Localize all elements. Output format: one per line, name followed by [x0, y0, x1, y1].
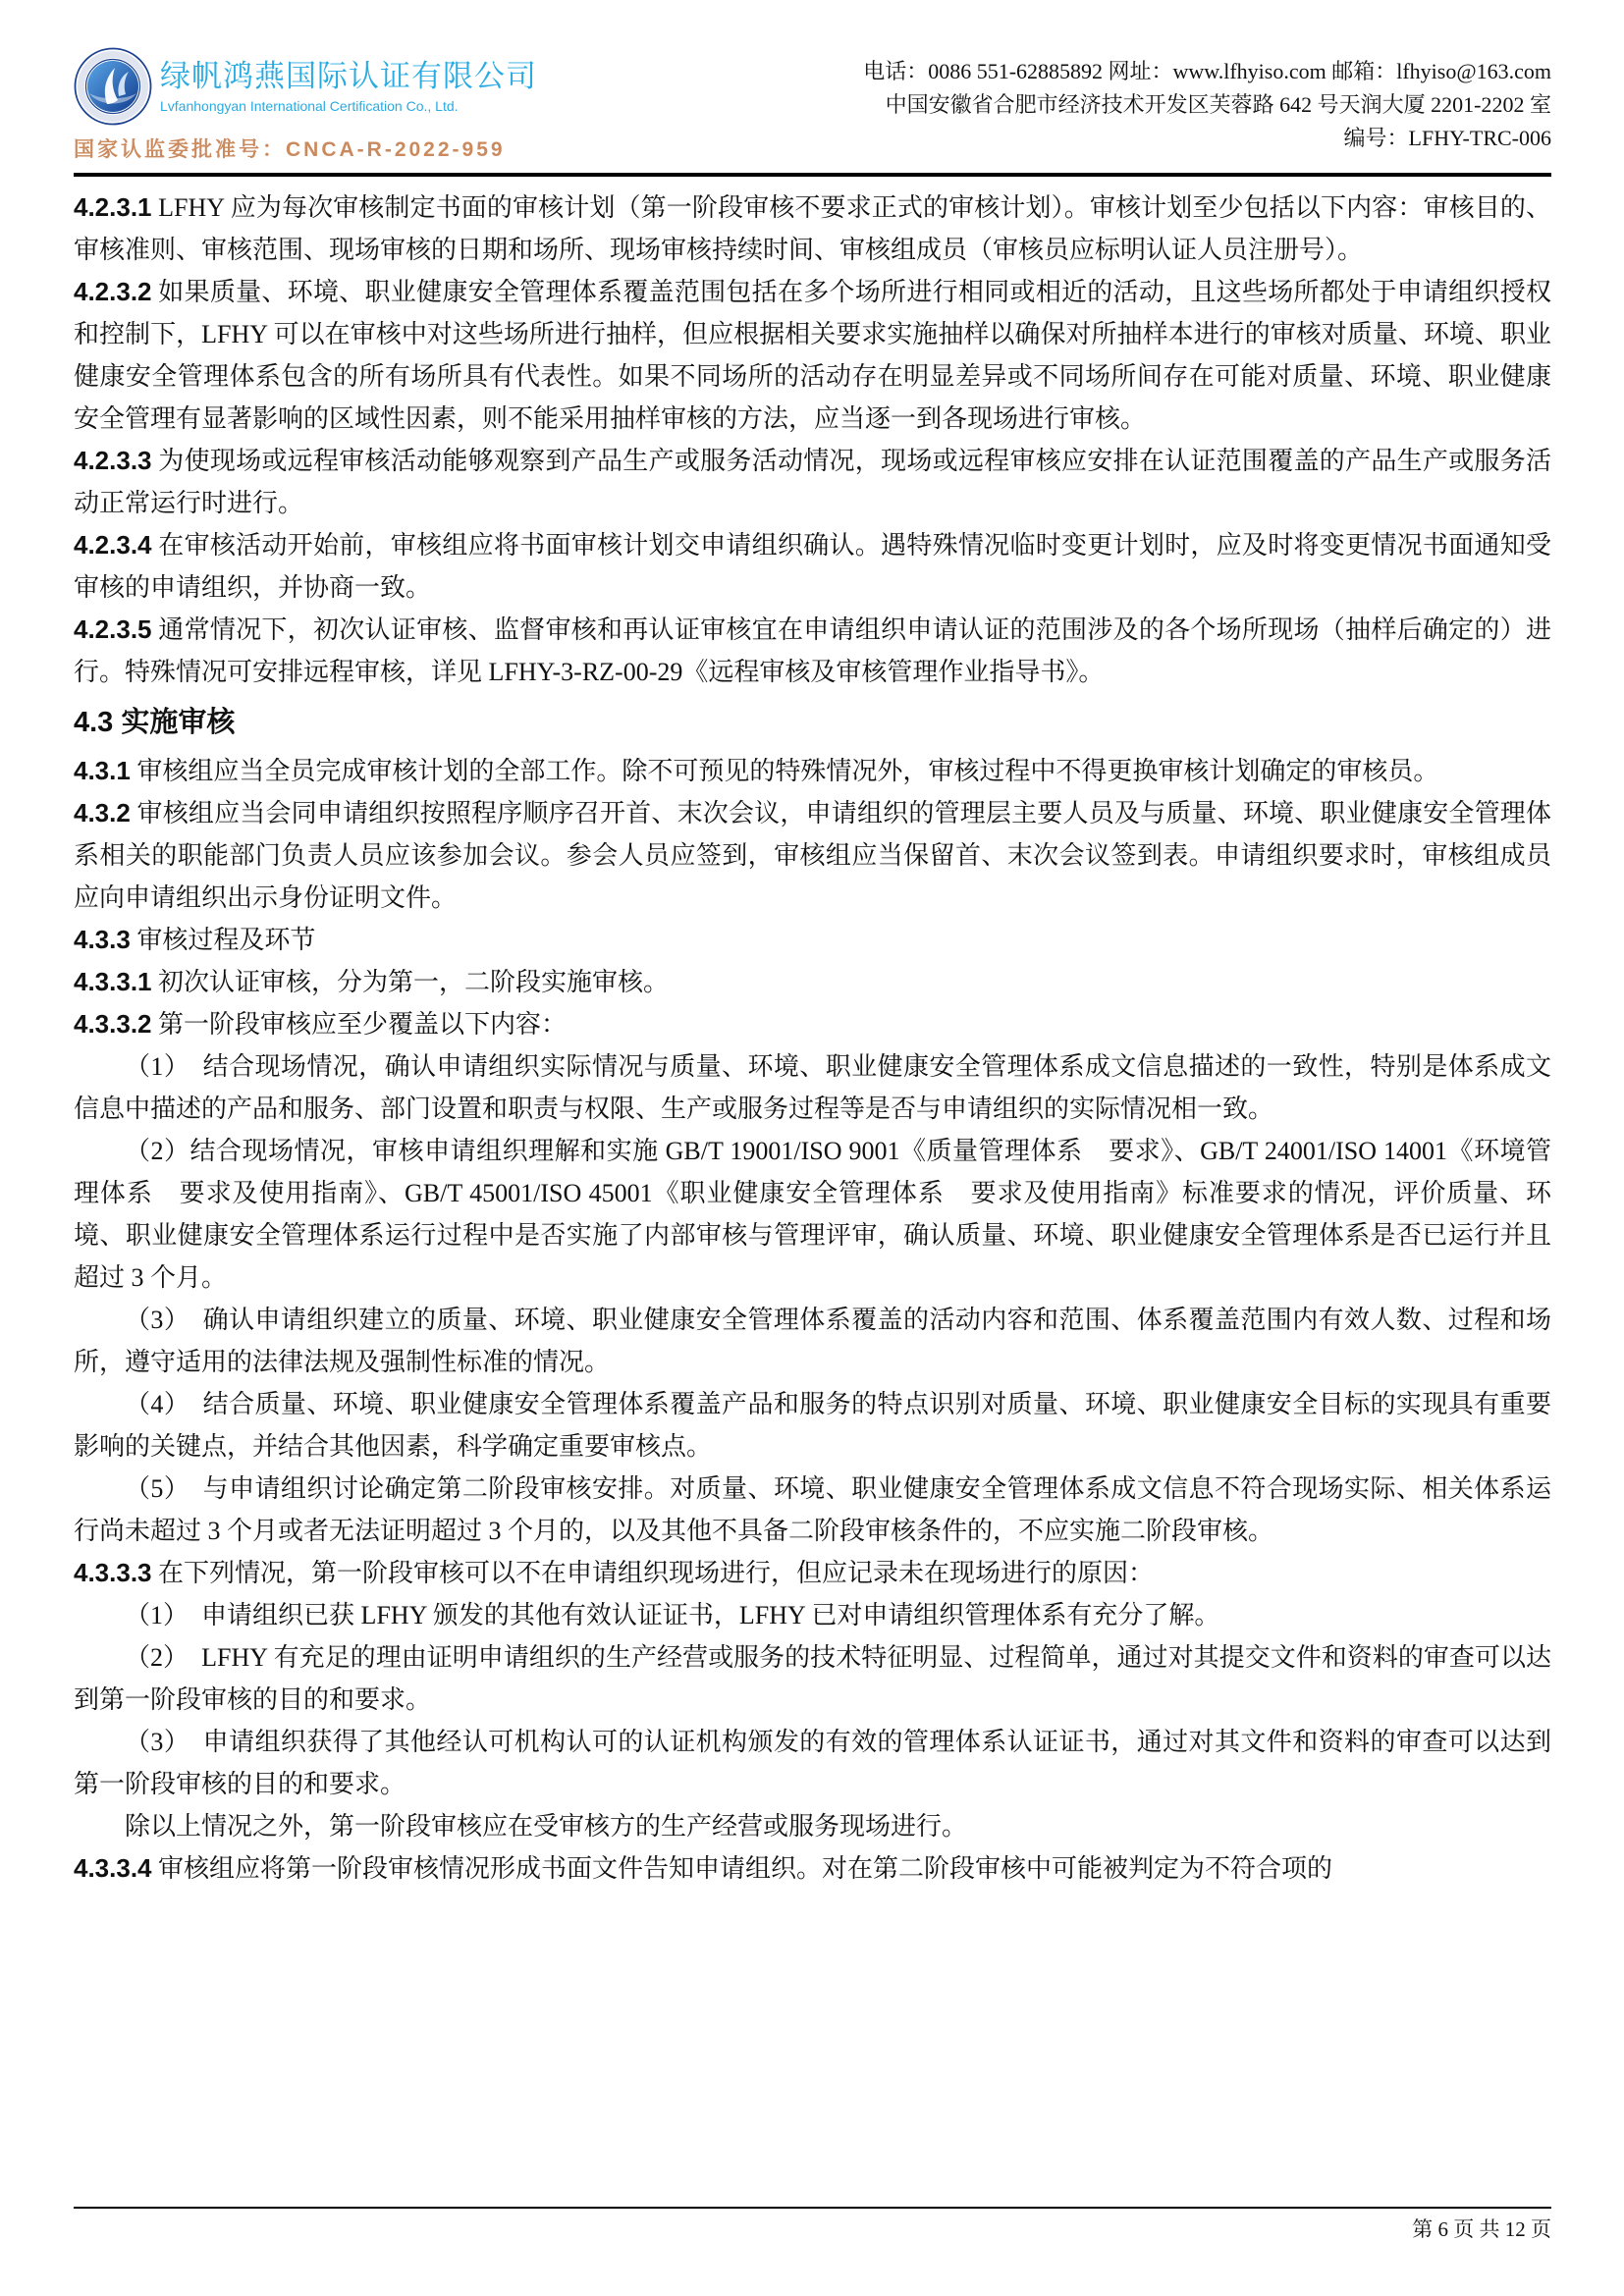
paragraph: 4.3.3.2 第一阶段审核应至少覆盖以下内容：: [74, 1003, 1551, 1045]
company-logo-icon: [74, 47, 152, 126]
company-names: 绿帆鸿燕国际认证有限公司 Lvfanhongyan International …: [160, 57, 537, 116]
address-line: 中国安徽省合肥市经济技术开发区芙蓉路 642 号天润大厦 2201-2202 室: [863, 88, 1551, 122]
page-footer: 第 6 页 共 12 页: [74, 2207, 1551, 2246]
paragraph: 4.3.3.4 审核组应将第一阶段审核情况形成书面文件告知申请组织。对在第二阶段…: [74, 1847, 1551, 1890]
section-number: 4.3.3.2: [74, 1009, 152, 1039]
section-number: 4.2.3.5: [74, 614, 152, 644]
paragraph: 4.3.2 审核组应当会同申请组织按照程序顺序召开首、末次会议，申请组织的管理层…: [74, 792, 1551, 919]
paragraph: （4） 结合质量、环境、职业健康安全管理体系覆盖产品和服务的特点识别对质量、环境…: [74, 1383, 1551, 1468]
paragraph: （1） 结合现场情况，确认申请组织实际情况与质量、环境、职业健康安全管理体系成文…: [74, 1045, 1551, 1130]
letterhead-left: 绿帆鸿燕国际认证有限公司 Lvfanhongyan International …: [74, 47, 565, 163]
section-number: 4.3.3: [74, 925, 131, 954]
paragraph: （2） LFHY 有充足的理由证明申请组织的生产经营或服务的技术特征明显、过程简…: [74, 1636, 1551, 1721]
paragraph: （1） 申请组织已获 LFHY 颁发的其他有效认证证书，LFHY 已对申请组织管…: [74, 1594, 1551, 1636]
section-heading: 4.3 实施审核: [74, 699, 1551, 746]
paragraph: 除以上情况之外，第一阶段审核应在受审核方的生产经营或服务现场进行。: [74, 1805, 1551, 1847]
section-number: 4.3: [74, 707, 113, 738]
logo-and-name: 绿帆鸿燕国际认证有限公司 Lvfanhongyan International …: [74, 47, 565, 126]
document-body: 4.2.3.1 LFHY 应为每次审核制定书面的审核计划（第一阶段审核不要求正式…: [74, 187, 1551, 1890]
paragraph: （3） 申请组织获得了其他经认可机构认可的认证机构颁发的有效的管理体系认证证书，…: [74, 1721, 1551, 1805]
section-number: 4.3.1: [74, 756, 131, 785]
section-number: 4.2.3.4: [74, 530, 152, 560]
paragraph: 4.2.3.5 通常情况下，初次认证审核、监督审核和再认证审核宜在申请组织申请认…: [74, 609, 1551, 693]
paragraph: 4.3.1 审核组应当全员完成审核计划的全部工作。除不可预见的特殊情况外，审核过…: [74, 750, 1551, 792]
section-number: 4.3.3.3: [74, 1558, 152, 1587]
doc-number: 编号：LFHY-TRC-006: [863, 122, 1551, 155]
page-number: 第 6 页 共 12 页: [74, 2209, 1551, 2246]
paragraph: （3） 确认申请组织建立的质量、环境、职业健康安全管理体系覆盖的活动内容和范围、…: [74, 1299, 1551, 1383]
paragraph: （5） 与申请组织讨论确定第二阶段审核安排。对质量、环境、职业健康安全管理体系成…: [74, 1468, 1551, 1552]
company-name-cn: 绿帆鸿燕国际认证有限公司: [160, 57, 537, 96]
paragraph: 4.3.3.1 初次认证审核，分为第一，二阶段实施审核。: [74, 961, 1551, 1003]
letterhead: 绿帆鸿燕国际认证有限公司 Lvfanhongyan International …: [74, 47, 1551, 163]
header-divider: [74, 173, 1551, 177]
document-page: 绿帆鸿燕国际认证有限公司 Lvfanhongyan International …: [0, 0, 1624, 2296]
company-name-en: Lvfanhongyan International Certification…: [160, 96, 537, 116]
letterhead-right: 电话：0086 551-62885892 网址：www.lfhyiso.com …: [863, 55, 1551, 155]
section-number: 4.2.3.2: [74, 277, 152, 306]
paragraph: （2）结合现场情况，审核申请组织理解和实施 GB/T 19001/ISO 900…: [74, 1130, 1551, 1299]
section-number: 4.2.3.3: [74, 446, 152, 475]
paragraph: 4.2.3.1 LFHY 应为每次审核制定书面的审核计划（第一阶段审核不要求正式…: [74, 187, 1551, 271]
section-number: 4.3.3.4: [74, 1853, 152, 1883]
paragraph: 4.2.3.4 在审核活动开始前，审核组应将书面审核计划交申请组织确认。遇特殊情…: [74, 524, 1551, 609]
paragraph: 4.2.3.2 如果质量、环境、职业健康安全管理体系覆盖范围包括在多个场所进行相…: [74, 271, 1551, 440]
section-number: 4.3.2: [74, 798, 131, 828]
section-number: 4.2.3.1: [74, 192, 152, 222]
contact-line: 电话：0086 551-62885892 网址：www.lfhyiso.com …: [863, 55, 1551, 88]
paragraph: 4.3.3 审核过程及环节: [74, 919, 1551, 961]
paragraph: 4.2.3.3 为使现场或远程审核活动能够观察到产品生产或服务活动情况，现场或远…: [74, 440, 1551, 524]
paragraph: 4.3.3.3 在下列情况，第一阶段审核可以不在申请组织现场进行，但应记录未在现…: [74, 1552, 1551, 1594]
section-number: 4.3.3.1: [74, 967, 152, 996]
approval-number: 国家认监委批准号：CNCA-R-2022-959: [74, 133, 565, 163]
